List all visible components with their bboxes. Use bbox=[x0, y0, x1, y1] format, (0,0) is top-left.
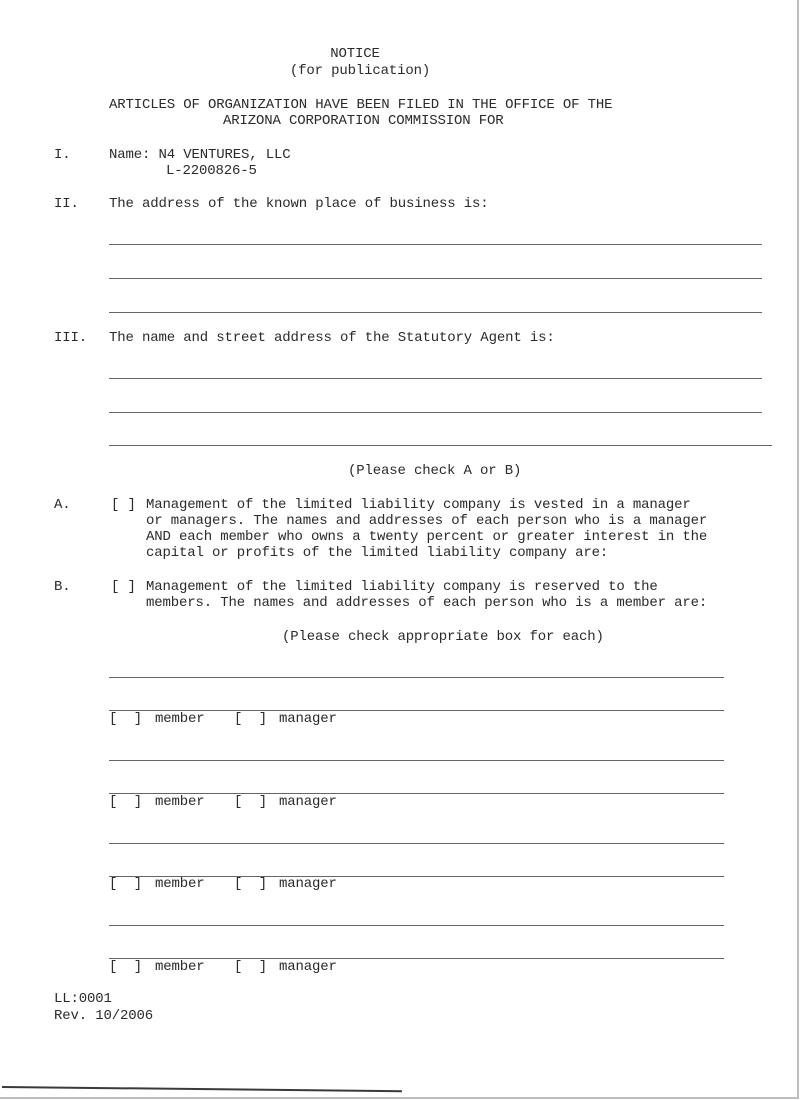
company-name: Name: N4 VENTURES, LLC bbox=[109, 147, 291, 163]
option-b-text-1: Management of the limited liability comp… bbox=[146, 579, 658, 595]
file-number: L-2200826-5 bbox=[166, 163, 257, 179]
option-a-text-2: or managers. The names and addresses of … bbox=[146, 513, 707, 529]
entry-2-member-checkbox[interactable]: [ ] bbox=[109, 794, 142, 810]
business-address-line-2[interactable] bbox=[109, 278, 762, 279]
option-a-text-3: AND each member who owns a twenty percen… bbox=[146, 529, 707, 545]
entry-1-manager-checkbox[interactable]: [ ] bbox=[234, 711, 267, 727]
entry-3-manager-checkbox[interactable]: [ ] bbox=[234, 876, 267, 892]
entry-3-name-line[interactable] bbox=[109, 843, 724, 844]
entry-4-member-checkbox[interactable]: [ ] bbox=[109, 959, 142, 975]
business-address-label: The address of the known place of busine… bbox=[109, 196, 489, 212]
section-iii-numeral: III. bbox=[54, 330, 87, 346]
business-address-line-3[interactable] bbox=[109, 312, 762, 313]
entry-1-manager-label: manager bbox=[279, 711, 337, 727]
statutory-agent-line-2[interactable] bbox=[109, 412, 762, 413]
option-a-letter: A. bbox=[54, 497, 71, 513]
entry-3-manager-label: manager bbox=[279, 876, 337, 892]
entry-4-name-line[interactable] bbox=[109, 925, 724, 926]
statement-line-2: ARIZONA CORPORATION COMMISSION FOR bbox=[223, 113, 504, 129]
document-page: NOTICE (for publication) ARTICLES OF ORG… bbox=[0, 0, 799, 1099]
entry-1-member-checkbox[interactable]: [ ] bbox=[109, 711, 142, 727]
business-address-line-1[interactable] bbox=[109, 244, 762, 245]
entry-2-manager-checkbox[interactable]: [ ] bbox=[234, 794, 267, 810]
entry-3-member-checkbox[interactable]: [ ] bbox=[109, 876, 142, 892]
form-code: LL:0001 bbox=[54, 991, 112, 1007]
notice-subtitle: (for publication) bbox=[0, 63, 720, 79]
entry-2-name-line[interactable] bbox=[109, 760, 724, 761]
check-box-instruction: (Please check appropriate box for each) bbox=[282, 629, 604, 645]
section-i-numeral: I. bbox=[54, 147, 71, 163]
entry-4-member-label: member bbox=[155, 959, 205, 975]
entry-4-manager-checkbox[interactable]: [ ] bbox=[234, 959, 267, 975]
entry-4-manager-label: manager bbox=[279, 959, 337, 975]
section-ii-numeral: II. bbox=[54, 196, 79, 212]
entry-1-name-line[interactable] bbox=[109, 677, 724, 678]
option-b-letter: B. bbox=[54, 579, 71, 595]
option-a-text-1: Management of the limited liability comp… bbox=[146, 497, 691, 513]
check-a-or-b-instruction: (Please check A or B) bbox=[348, 463, 521, 479]
entry-2-member-label: member bbox=[155, 794, 205, 810]
statutory-agent-line-3[interactable] bbox=[109, 445, 772, 446]
notice-title: NOTICE bbox=[0, 46, 710, 62]
statutory-agent-line-1[interactable] bbox=[109, 378, 762, 379]
entry-3-member-label: member bbox=[155, 876, 205, 892]
option-a-checkbox[interactable]: [ ] bbox=[111, 497, 136, 513]
option-a-text-4: capital or profits of the limited liabil… bbox=[146, 545, 608, 561]
option-b-text-2: members. The names and addresses of each… bbox=[146, 595, 707, 611]
option-b-checkbox[interactable]: [ ] bbox=[111, 579, 136, 595]
revision-date: Rev. 10/2006 bbox=[54, 1008, 153, 1024]
statement-line-1: ARTICLES OF ORGANIZATION HAVE BEEN FILED… bbox=[109, 97, 612, 113]
statutory-agent-label: The name and street address of the Statu… bbox=[109, 330, 555, 346]
entry-2-manager-label: manager bbox=[279, 794, 337, 810]
entry-1-member-label: member bbox=[155, 711, 205, 727]
scan-edge-line bbox=[2, 1086, 402, 1092]
